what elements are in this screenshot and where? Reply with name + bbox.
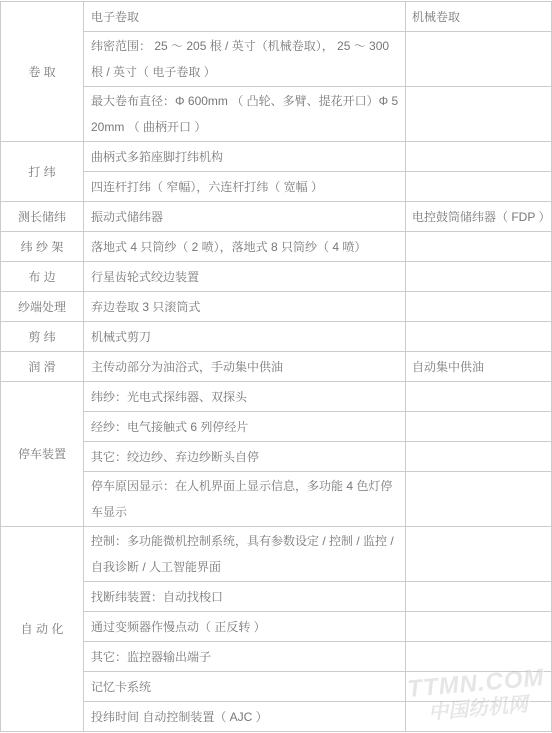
table-row: 纬密范围： 25 ～ 205 根 / 英寸（机械卷取）， 25 ～ 300 根 … [1,32,552,87]
table-row: 停车装置纬纱：光电式探纬器、双探头 [1,382,552,412]
table-row: 其它：绞边纱、弃边纱断头自停 [1,442,552,472]
row-group-label: 打 纬 [1,142,84,202]
spec-main-cell: 经纱：电气接触式 6 列停经片 [84,412,406,442]
spec-table: 卷 取电子卷取机械卷取纬密范围： 25 ～ 205 根 / 英寸（机械卷取）， … [0,1,552,732]
spec-right-cell [406,442,552,472]
spec-right-cell [406,382,552,412]
table-row: 测长储纬振动式储纬器电控鼓筒储纬器（ FDP ） [1,202,552,232]
row-group-label: 纱端处理 [1,292,84,322]
spec-right-cell [406,612,552,642]
spec-main-cell: 投纬时间 自动控制装置（ AJC ） [84,702,406,732]
spec-main-cell: 曲柄式多筘座脚打纬机构 [84,142,406,172]
spec-right-cell: 自动集中供油 [406,352,552,382]
spec-right-cell [406,527,552,582]
table-row: 找断纬装置：自动找梭口 [1,582,552,612]
spec-main-cell: 电子卷取 [84,2,406,32]
row-group-label: 剪 纬 [1,322,84,352]
spec-right-cell [406,32,552,87]
spec-right-cell [406,292,552,322]
spec-main-cell: 振动式储纬器 [84,202,406,232]
spec-main-cell: 四连杆打纬（ 窄幅），六连杆打纬（ 宽幅 ） [84,172,406,202]
spec-main-cell: 行星齿轮式绞边装置 [84,262,406,292]
row-group-label: 润 滑 [1,352,84,382]
spec-right-cell: 电控鼓筒储纬器（ FDP ） [406,202,552,232]
row-group-label: 停车装置 [1,382,84,527]
table-row: 经纱：电气接触式 6 列停经片 [1,412,552,442]
row-group-label: 自 动 化 [1,527,84,732]
spec-main-cell: 弃边卷取 3 只滚筒式 [84,292,406,322]
spec-main-cell: 落地式 4 只筒纱（ 2 喷），落地式 8 只筒纱（ 4 喷） [84,232,406,262]
spec-right-cell: 机械卷取 [406,2,552,32]
row-group-label: 测长储纬 [1,202,84,232]
spec-main-cell: 其它：绞边纱、弃边纱断头自停 [84,442,406,472]
spec-right-cell [406,472,552,527]
table-row: 四连杆打纬（ 窄幅），六连杆打纬（ 宽幅 ） [1,172,552,202]
spec-main-cell: 其它：监控器输出端子 [84,642,406,672]
spec-main-cell: 通过变频器作慢点动（ 正反转 ） [84,612,406,642]
spec-right-cell [406,412,552,442]
table-row: 最大卷布直径：Φ 600mm （ 凸轮、多臂、提花开口）Φ 520mm （ 曲柄… [1,87,552,142]
table-row: 通过变频器作慢点动（ 正反转 ） [1,612,552,642]
spec-right-cell [406,262,552,292]
spec-right-cell [406,232,552,262]
table-row: 布 边行星齿轮式绞边装置 [1,262,552,292]
spec-right-cell [406,142,552,172]
spec-right-cell [406,87,552,142]
spec-right-cell [406,172,552,202]
table-row: 纱端处理弃边卷取 3 只滚筒式 [1,292,552,322]
spec-main-cell: 最大卷布直径：Φ 600mm （ 凸轮、多臂、提花开口）Φ 520mm （ 曲柄… [84,87,406,142]
table-row: 自 动 化控制：多功能微机控制系统，具有参数设定 / 控制 / 监控 / 自我诊… [1,527,552,582]
spec-main-cell: 纬密范围： 25 ～ 205 根 / 英寸（机械卷取）， 25 ～ 300 根 … [84,32,406,87]
spec-main-cell: 控制：多功能微机控制系统，具有参数设定 / 控制 / 监控 / 自我诊断 / 人… [84,527,406,582]
table-row: 卷 取电子卷取机械卷取 [1,2,552,32]
table-row: 润 滑主传动部分为油浴式，手动集中供油自动集中供油 [1,352,552,382]
row-group-label: 纬 纱 架 [1,232,84,262]
table-row: 记忆卡系统 [1,672,552,702]
spec-right-cell [406,582,552,612]
table-row: 停车原因显示：在人机界面上显示信息，多功能 4 色灯停车显示 [1,472,552,527]
row-group-label: 布 边 [1,262,84,292]
table-row: 剪 纬机械式剪刀 [1,322,552,352]
table-row: 其它：监控器输出端子 [1,642,552,672]
table-row: 纬 纱 架落地式 4 只筒纱（ 2 喷），落地式 8 只筒纱（ 4 喷） [1,232,552,262]
spec-right-cell [406,642,552,672]
spec-main-cell: 机械式剪刀 [84,322,406,352]
spec-main-cell: 找断纬装置：自动找梭口 [84,582,406,612]
row-group-label: 卷 取 [1,2,84,142]
spec-right-cell [406,672,552,702]
spec-main-cell: 纬纱：光电式探纬器、双探头 [84,382,406,412]
spec-main-cell: 记忆卡系统 [84,672,406,702]
spec-main-cell: 停车原因显示：在人机界面上显示信息，多功能 4 色灯停车显示 [84,472,406,527]
spec-right-cell [406,322,552,352]
table-row: 打 纬曲柄式多筘座脚打纬机构 [1,142,552,172]
spec-right-cell [406,702,552,732]
spec-main-cell: 主传动部分为油浴式，手动集中供油 [84,352,406,382]
table-row: 投纬时间 自动控制装置（ AJC ） [1,702,552,732]
